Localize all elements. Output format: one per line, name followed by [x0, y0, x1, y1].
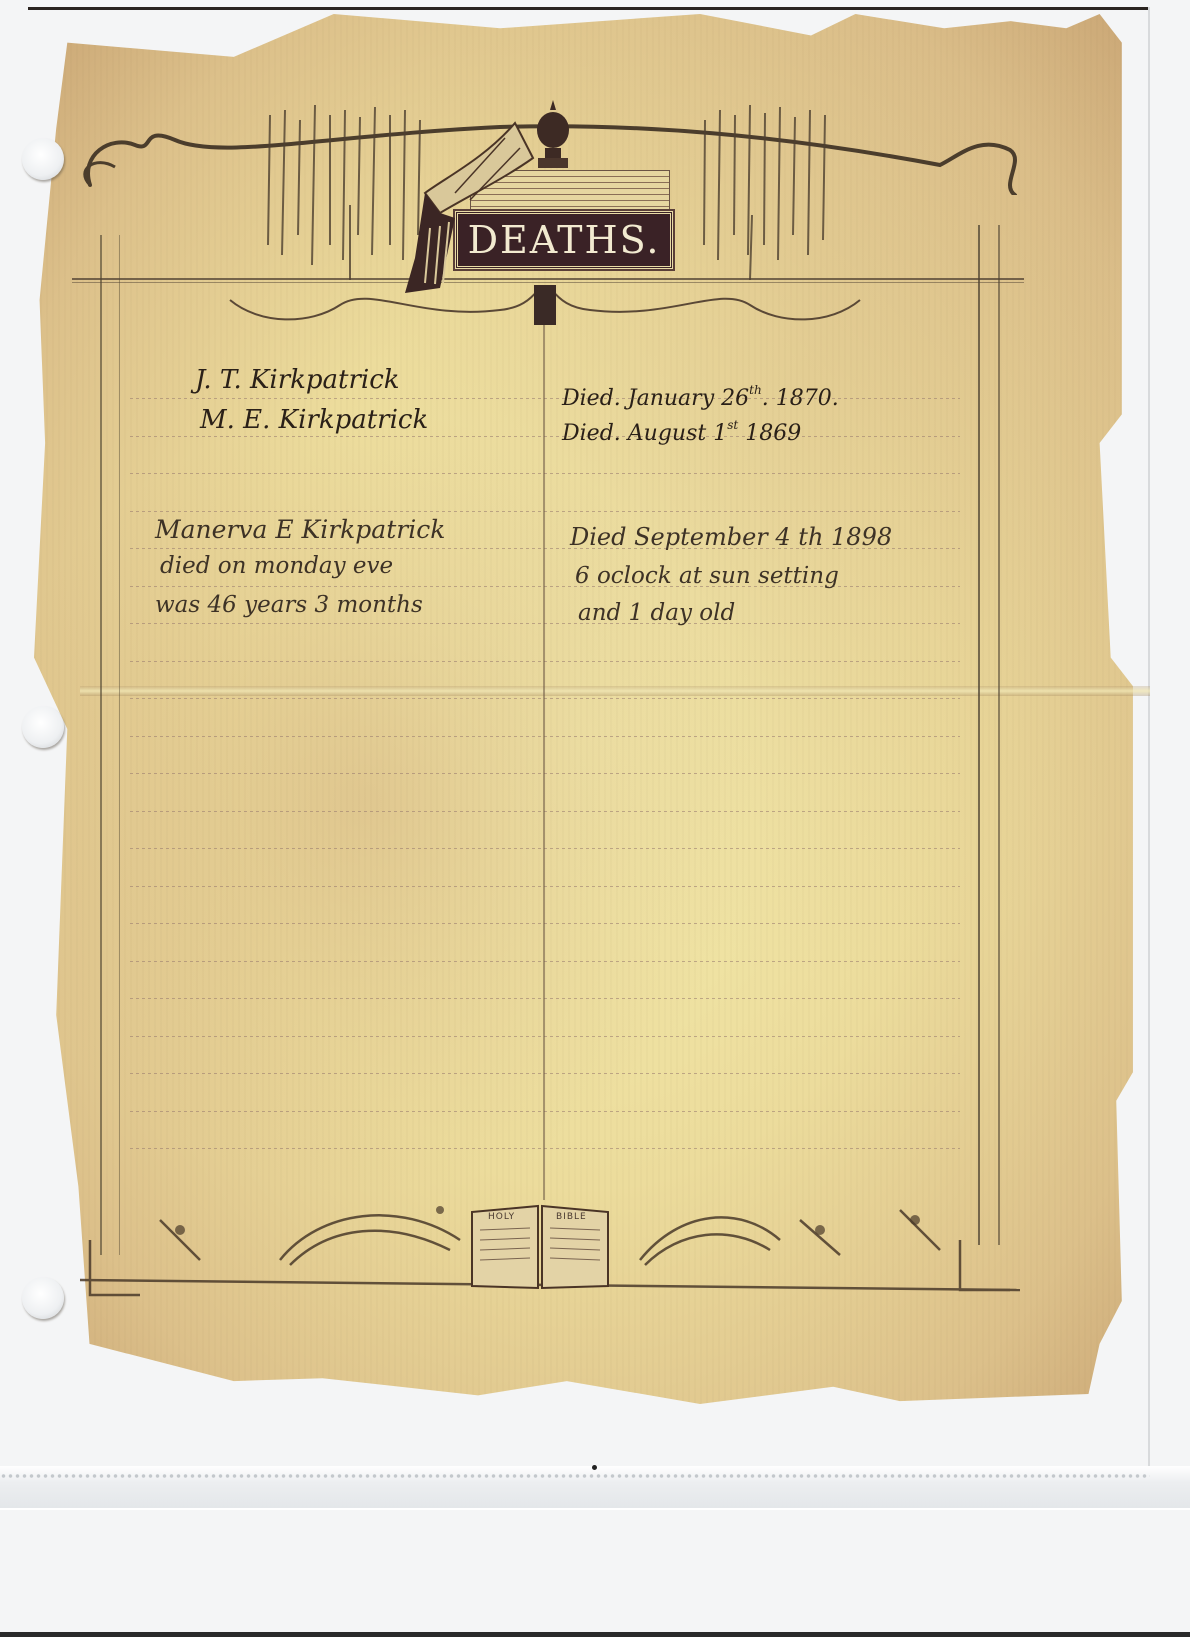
entry-name-manerva-kirkpatrick: Manerva E Kirkpatrick — [155, 515, 445, 544]
binder-hole-middle — [22, 706, 64, 748]
ruled-line — [130, 1111, 960, 1112]
ruled-line — [130, 1073, 960, 1074]
entry-death-date-1: Died. January 26th. 1870. — [562, 383, 839, 411]
entry-name-me-kirkpatrick: M. E. Kirkpatrick — [200, 405, 428, 435]
entry-death-date-3: Died September 4 th 1898 — [570, 523, 892, 551]
binder-hole-top — [22, 138, 64, 180]
entry-detail-line-3: and 1 day old — [578, 600, 735, 626]
ruled-line — [130, 886, 960, 887]
entry-death-date-2: Died. August 1st 1869 — [562, 418, 801, 446]
binder-sleeve-perforation — [0, 1472, 1150, 1482]
bible-label-left: HOLY — [488, 1212, 515, 1222]
ruled-line — [130, 811, 960, 812]
ruled-line — [130, 998, 960, 999]
vine-border-right — [978, 225, 1000, 1245]
ruled-line — [130, 698, 960, 699]
entry-note-line-3: was 46 years 3 months — [155, 592, 423, 618]
ruled-line — [130, 511, 960, 512]
bible-label-right: BIBLE — [556, 1212, 587, 1222]
weeping-willow-right — [690, 95, 850, 280]
scroll-flourish-header — [220, 280, 870, 335]
entry-detail-line-2: 6 oclock at sun setting — [575, 563, 839, 589]
flag-drape-ornament — [385, 118, 535, 298]
ruled-line — [130, 773, 960, 774]
column-divider — [543, 310, 545, 1200]
ruled-line — [130, 736, 960, 737]
scan-edge-top — [28, 7, 1150, 10]
ruled-line — [130, 473, 960, 474]
scan-speck — [592, 1465, 597, 1470]
ruled-line — [130, 923, 960, 924]
vine-border-left — [100, 235, 120, 1255]
ruled-line — [130, 623, 960, 624]
ruled-line — [130, 1148, 960, 1149]
entry-note-line-2: died on monday eve — [160, 553, 393, 579]
ruled-line — [130, 848, 960, 849]
entry-name-jt-kirkpatrick: J. T. Kirkpatrick — [195, 365, 400, 395]
binder-hole-bottom — [22, 1277, 64, 1319]
ruled-line — [130, 961, 960, 962]
ruled-line — [130, 436, 960, 437]
scan-edge-right — [1148, 7, 1150, 1487]
ruled-line — [130, 1036, 960, 1037]
funeral-urn-icon — [530, 100, 576, 170]
scan-edge-bottom — [0, 1632, 1190, 1637]
ruled-line — [130, 661, 960, 662]
